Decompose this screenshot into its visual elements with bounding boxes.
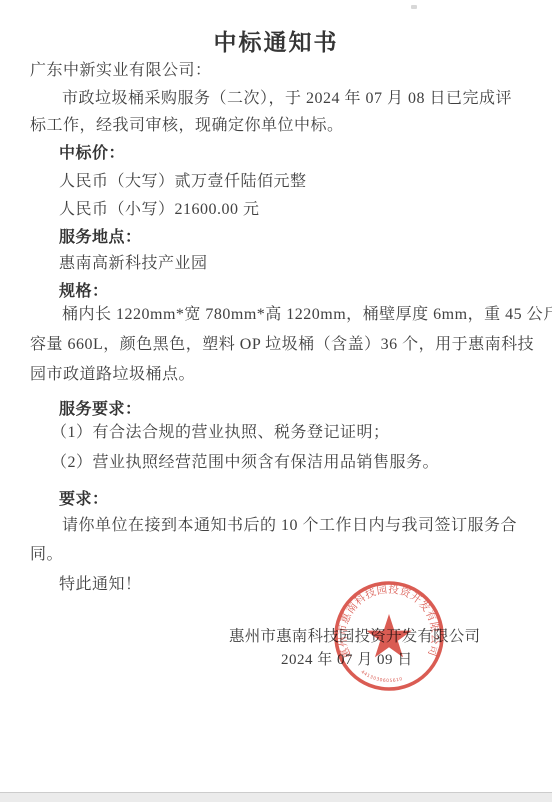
scan-artifact xyxy=(411,5,417,9)
requirement-item-2: （2）营业执照经营范围中须含有保洁用品销售服务。 xyxy=(51,453,439,473)
section-label-spec: 规格： xyxy=(59,282,109,302)
page-bottom-edge xyxy=(0,792,552,802)
requirement-item-1: （1）有合法合规的营业执照、税务登记证明； xyxy=(51,423,390,443)
document-title: 中标通知书 xyxy=(0,24,552,57)
price-in-figures: 人民币（小写）21600.00 元 xyxy=(59,200,260,220)
price-in-words: 人民币（大写）贰万壹仟陆佰元整 xyxy=(59,172,307,192)
spec-line: 容量 660L，颜色黑色，塑料 OP 垃圾桶（含盖）36 个，用于惠南科技 xyxy=(30,335,534,355)
body-line: 市政垃圾桶采购服务（二次），于 2024 年 07 月 08 日已完成评 xyxy=(62,89,512,109)
section-label-service-req: 服务要求： xyxy=(59,400,142,420)
service-location: 惠南高新科技产业园 xyxy=(59,254,208,274)
star-icon xyxy=(366,614,412,657)
closing-line: 特此通知！ xyxy=(59,575,142,595)
section-label-location: 服务地点： xyxy=(59,228,142,248)
company-seal: 惠州市惠南科技园投资开发有限公司 4413030605610 xyxy=(332,578,448,694)
body-line: 标工作，经我司审核，现确定你单位中标。 xyxy=(30,116,344,136)
recipient-line: 广东中新实业有限公司： xyxy=(30,61,212,81)
seal-serial-number: 4413030605610 xyxy=(360,669,404,684)
section-label-req: 要求： xyxy=(59,490,109,510)
spec-line: 桶内长 1220mm*宽 780mm*高 1220mm，桶壁厚度 6mm，重 4… xyxy=(62,305,552,325)
section-label-price: 中标价： xyxy=(59,144,125,164)
spec-line: 园市政道路垃圾桶点。 xyxy=(30,365,195,385)
body-line: 同。 xyxy=(30,545,63,565)
body-line: 请你单位在接到本通知书后的 10 个工作日内与我司签订服务合 xyxy=(62,516,517,536)
document-page: 中标通知书 广东中新实业有限公司： 市政垃圾桶采购服务（二次），于 2024 年… xyxy=(0,0,552,802)
